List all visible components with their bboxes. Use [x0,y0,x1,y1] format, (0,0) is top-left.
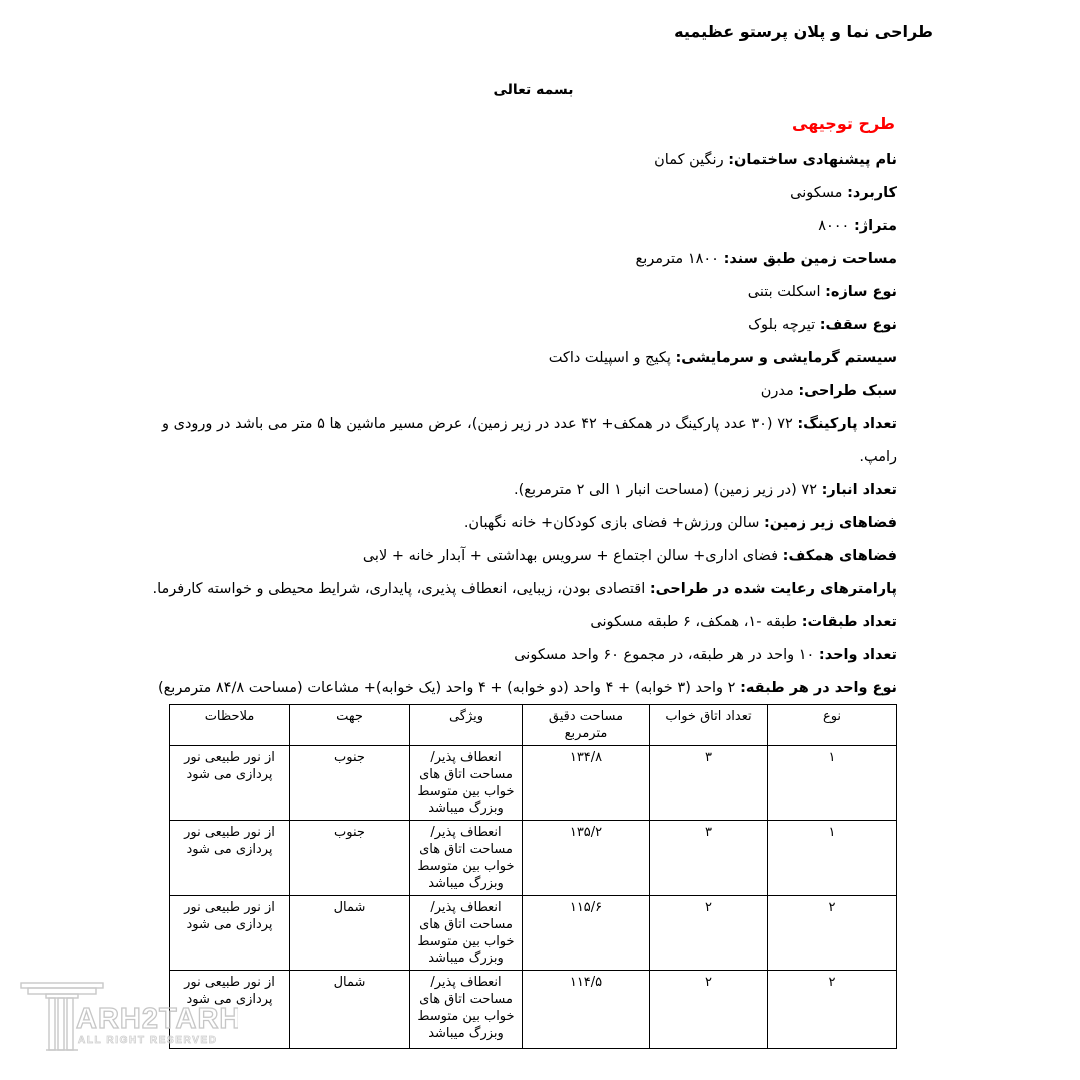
unit-types-table: نوع تعداد اتاق خواب مساحت دقیق مترمربع و… [169,704,897,1049]
cell-exact-area: ۱۳۴/۸ [523,746,650,821]
spec-label: تعداد طبقات: [802,614,897,630]
spec-line-usage: کاربرد: مسکونی [170,183,897,204]
spec-line-hvac: سیستم گرمایشی و سرمایشی: پکیج و اسپیلت د… [170,348,897,369]
spec-line-parking: تعداد پارکینگ: ۷۲ (۳۰ عدد پارکینگ در همک… [170,414,897,435]
spec-lines: نام پیشنهادی ساختمان: رنگین کمان کاربرد:… [170,150,897,711]
cell-orientation: جنوب [290,821,410,896]
cell-orientation: جنوب [290,746,410,821]
spec-value: ۲ واحد (۳ خوابه) + ۴ واحد (دو خوابه) + ۴… [158,680,740,696]
spec-label: نوع سازه: [825,284,897,300]
spec-line-building-name: نام پیشنهادی ساختمان: رنگین کمان [170,150,897,171]
cell-feature: انعطاف پذیر/ مساحت اتاق های خواب بین متو… [410,971,523,1049]
spec-value: ۱۰ واحد در هر طبقه، در مجموع ۶۰ واحد مسک… [514,647,819,663]
spec-value: ۷۲ (در زیر زمین) (مساحت انبار ۱ الی ۲ مت… [514,482,822,498]
spec-line-roof-type: نوع سقف: تیرچه بلوک [170,315,897,336]
cell-exact-area: ۱۱۴/۵ [523,971,650,1049]
spec-label: فضاهای زیر زمین: [764,515,897,531]
spec-value: طبقه -۱، همکف، ۶ طبقه مسکونی [590,614,801,630]
cell-exact-area: ۱۳۵/۲ [523,821,650,896]
spec-line-groundfloor-spaces: فضاهای همکف: فضای اداری+ سالن اجتماع + س… [170,546,897,567]
spec-line-structure-type: نوع سازه: اسکلت بتنی [170,282,897,303]
cell-bedrooms: ۳ [650,746,768,821]
cell-notes: از نور طبیعی نور پردازی می شود [170,896,290,971]
spec-label: پارامترهای رعایت شده در طراحی: [650,581,897,597]
cell-orientation: شمال [290,971,410,1049]
spec-value: رنگین کمان [654,152,728,168]
cell-type: ۱ [768,821,897,896]
col-header-orientation: جهت [290,705,410,746]
section-heading: طرح توجیهی [792,114,895,133]
cell-type: ۱ [768,746,897,821]
spec-line-basement-spaces: فضاهای زیر زمین: سالن ورزش+ فضای بازی کو… [170,513,897,534]
cell-feature: انعطاف پذیر/ مساحت اتاق های خواب بین متو… [410,821,523,896]
spec-value: مسکونی [790,185,847,201]
page-title: طراحی نما و پلان پرستو عظیمیه [674,22,933,41]
spec-value: سالن ورزش+ فضای بازی کودکان+ خانه نگهبان… [464,515,764,531]
spec-label: کاربرد: [847,185,897,201]
cell-orientation: شمال [290,896,410,971]
spec-line-design-parameters: پارامترهای رعایت شده در طراحی: اقتصادی ب… [170,579,897,600]
spec-label: سبک طراحی: [798,383,897,399]
spec-label: سیستم گرمایشی و سرمایشی: [676,350,898,366]
col-header-type: نوع [768,705,897,746]
watermark-tagline: ALL RIGHT RESERVED [78,1035,218,1046]
spec-value: تیرچه بلوک [748,317,820,333]
spec-label: متراژ: [854,218,897,234]
cell-type: ۲ [768,971,897,1049]
table-header-row: نوع تعداد اتاق خواب مساحت دقیق مترمربع و… [170,705,897,746]
cell-bedrooms: ۲ [650,896,768,971]
spec-value: اسکلت بتنی [748,284,825,300]
watermark-brand: ARH2TARH [76,1003,238,1035]
spec-label: تعداد پارکینگ: [797,416,897,432]
cell-feature: انعطاف پذیر/ مساحت اتاق های خواب بین متو… [410,746,523,821]
cell-bedrooms: ۲ [650,971,768,1049]
spec-label: نوع واحد در هر طبقه: [740,680,897,696]
col-header-feature: ویژگی [410,705,523,746]
spec-value: ۸۰۰۰ [818,218,854,234]
spec-value: پکیج و اسپیلت داکت [549,350,676,366]
spec-label: نام پیشنهادی ساختمان: [728,152,897,168]
table-row: ۱ ۳ ۱۳۵/۲ انعطاف پذیر/ مساحت اتاق های خو… [170,821,897,896]
cell-notes: از نور طبیعی نور پردازی می شود [170,746,290,821]
cell-feature: انعطاف پذیر/ مساحت اتاق های خواب بین متو… [410,896,523,971]
table-row: ۲ ۲ ۱۱۵/۶ انعطاف پذیر/ مساحت اتاق های خو… [170,896,897,971]
col-header-bedrooms: تعداد اتاق خواب [650,705,768,746]
spec-line-floors-count: تعداد طبقات: طبقه -۱، همکف، ۶ طبقه مسکون… [170,612,897,633]
spec-value: رامپ. [859,449,897,465]
cell-bedrooms: ۳ [650,821,768,896]
cell-type: ۲ [768,896,897,971]
spec-line-area: متراژ: ۸۰۰۰ [170,216,897,237]
spec-line-unit-types: نوع واحد در هر طبقه: ۲ واحد (۳ خوابه) + … [170,678,897,699]
spec-value: مدرن [761,383,799,399]
cell-notes: از نور طبیعی نور پردازی می شود [170,821,290,896]
spec-label: مساحت زمین طبق سند: [724,251,897,267]
spec-label: فضاهای همکف: [783,548,897,564]
spec-value: ۷۲ (۳۰ عدد پارکینگ در همکف+ ۴۲ عدد در زی… [162,416,797,432]
table-row: ۱ ۳ ۱۳۴/۸ انعطاف پذیر/ مساحت اتاق های خو… [170,746,897,821]
bismillah-line: بسمه تعالی [170,82,897,98]
spec-line-design-style: سبک طراحی: مدرن [170,381,897,402]
spec-value: ۱۸۰۰ مترمربع [636,251,724,267]
spec-label: نوع سقف: [820,317,897,333]
spec-label: تعداد واحد: [819,647,897,663]
cell-exact-area: ۱۱۵/۶ [523,896,650,971]
spec-value: اقتصادی بودن، زیبایی، انعطاف پذیری، پاید… [152,581,649,597]
watermark-logo: ARH2TARH ALL RIGHT RESERVED [16,976,238,1066]
spec-line-land-area: مساحت زمین طبق سند: ۱۸۰۰ مترمربع [170,249,897,270]
spec-value: فضای اداری+ سالن اجتماع + سرویس بهداشتی … [363,548,783,564]
spec-line-storage: تعداد انبار: ۷۲ (در زیر زمین) (مساحت انب… [170,480,897,501]
spec-line-parking-cont: رامپ. [170,447,897,468]
spec-line-units-count: تعداد واحد: ۱۰ واحد در هر طبقه، در مجموع… [170,645,897,666]
col-header-notes: ملاحظات [170,705,290,746]
spec-label: تعداد انبار: [822,482,897,498]
col-header-exact-area: مساحت دقیق مترمربع [523,705,650,746]
table-row: ۲ ۲ ۱۱۴/۵ انعطاف پذیر/ مساحت اتاق های خو… [170,971,897,1049]
